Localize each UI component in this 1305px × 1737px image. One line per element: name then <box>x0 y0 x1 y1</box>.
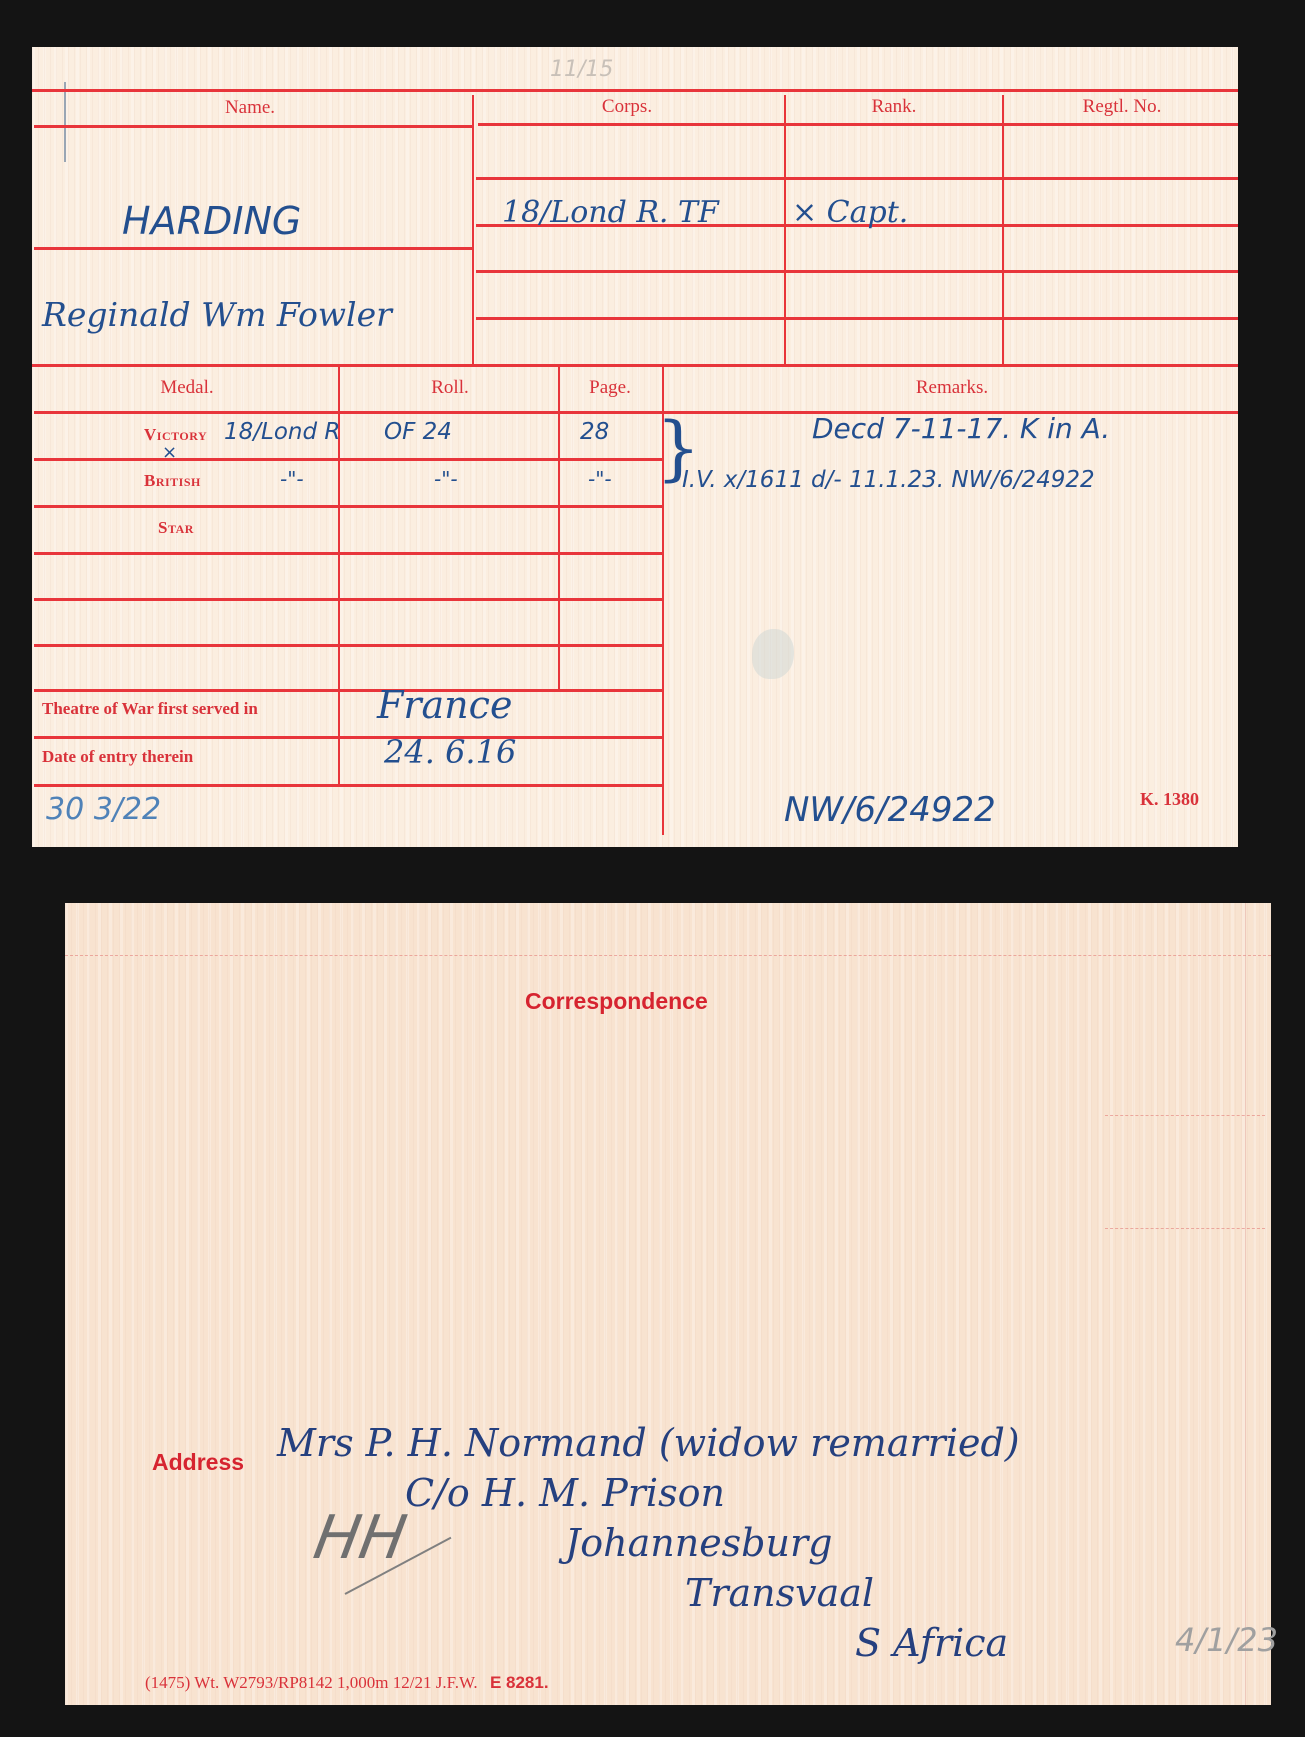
rule-section-divider <box>32 364 1238 367</box>
header-regtl-no: Regtl. No. <box>1083 96 1162 118</box>
pencil-date: 4/1/23 <box>1175 1621 1278 1659</box>
address-label: Address <box>152 1449 244 1476</box>
rule-corps-3 <box>476 270 1238 273</box>
pencil-mark-top: 11/15 <box>550 57 613 82</box>
rule-header-name <box>34 125 472 128</box>
form-number: K. 1380 <box>1140 789 1199 810</box>
faint-rule-v <box>1245 903 1246 1705</box>
address-line-4: Transvaal <box>685 1571 874 1615</box>
medal-index-card-back: Correspondence Address Mrs P. H. Normand… <box>65 903 1271 1705</box>
paper-stain <box>752 629 794 679</box>
roll-victory: OF 24 <box>384 419 452 445</box>
page-victory: 28 <box>580 419 609 445</box>
header-page: Page. <box>589 377 631 399</box>
medal-index-card-front: 11/15 Name. Corps. Rank. Regtl. No. HARD… <box>32 47 1238 847</box>
forenames-entry: Reginald Wm Fowler <box>42 295 392 334</box>
rule-v-corps-rank <box>784 95 786 365</box>
rule-medal-row6 <box>34 689 662 692</box>
rule-v-name-corps <box>472 95 474 365</box>
rule-v-roll-page <box>558 365 560 690</box>
rule-bottom <box>34 784 662 787</box>
header-corps: Corps. <box>602 96 652 118</box>
printer-details: (1475) Wt. W2793/RP8142 1,000m 12/21 J.F… <box>145 1673 478 1692</box>
surname-entry: HARDING <box>122 199 301 243</box>
address-line-1: Mrs P. H. Normand (widow remarried) <box>277 1421 1020 1465</box>
header-rank: Rank. <box>872 96 917 118</box>
roll-british: -"- <box>434 467 458 491</box>
address-line-3: Johannesburg <box>565 1521 832 1565</box>
rule-corps-1 <box>476 177 1238 180</box>
cross-mark: × <box>162 442 177 463</box>
rule-medal-row4 <box>34 598 662 601</box>
rule-medal-row3 <box>34 552 662 555</box>
rule-medal-row5 <box>34 644 662 647</box>
header-medal: Medal. <box>160 377 213 399</box>
medal-british: British <box>144 471 201 491</box>
roll-prefix-victory: 18/Lond R <box>224 419 340 445</box>
pencil-initials: HH <box>309 1503 412 1573</box>
date-entry-value: 24. 6.16 <box>384 733 516 771</box>
rule-medal-row1 <box>34 458 662 461</box>
remarks-line-1: Decd 7-11-17. K in A. <box>812 412 1110 445</box>
rule-header-right <box>478 123 1238 126</box>
bottom-reference: NW/6/24922 <box>784 790 996 830</box>
rule-medal-row2 <box>34 505 662 508</box>
rule-top <box>32 89 1238 92</box>
rule-theatre-row <box>34 736 662 739</box>
pencil-tick-mark <box>64 82 66 162</box>
remarks-line-2: I.V. x/1611 d/- 11.1.23. NW/6/24922 <box>682 467 1095 493</box>
printer-code: E 8281. <box>490 1673 549 1692</box>
rule-corps-4 <box>476 317 1238 320</box>
rank-entry: × Capt. <box>792 195 908 230</box>
theatre-label: Theatre of War first served in <box>42 699 258 719</box>
faint-rule-3 <box>1105 1228 1265 1230</box>
corps-entry: 18/Lond R. TF <box>502 195 719 230</box>
page-british: -"- <box>588 467 612 491</box>
faint-rule-2 <box>1105 1115 1265 1117</box>
rule-name-surname <box>34 247 472 250</box>
medal-star: Star <box>158 518 194 538</box>
header-name: Name. <box>225 97 275 119</box>
theatre-value: France <box>377 683 512 727</box>
address-line-5: S Africa <box>855 1621 1008 1665</box>
header-remarks: Remarks. <box>916 377 988 399</box>
faint-rule-1 <box>65 955 1271 957</box>
rule-v-rank-regtl <box>1002 95 1004 365</box>
correspondence-title: Correspondence <box>525 988 708 1015</box>
address-line-2: C/o H. M. Prison <box>405 1471 725 1515</box>
date-entry-label: Date of entry therein <box>42 747 193 767</box>
bottom-left-note: 30 3/22 <box>46 792 161 827</box>
roll-prefix-british: -"- <box>280 467 304 491</box>
header-roll: Roll. <box>431 377 468 399</box>
printer-line: (1475) Wt. W2793/RP8142 1,000m 12/21 J.F… <box>145 1673 549 1693</box>
